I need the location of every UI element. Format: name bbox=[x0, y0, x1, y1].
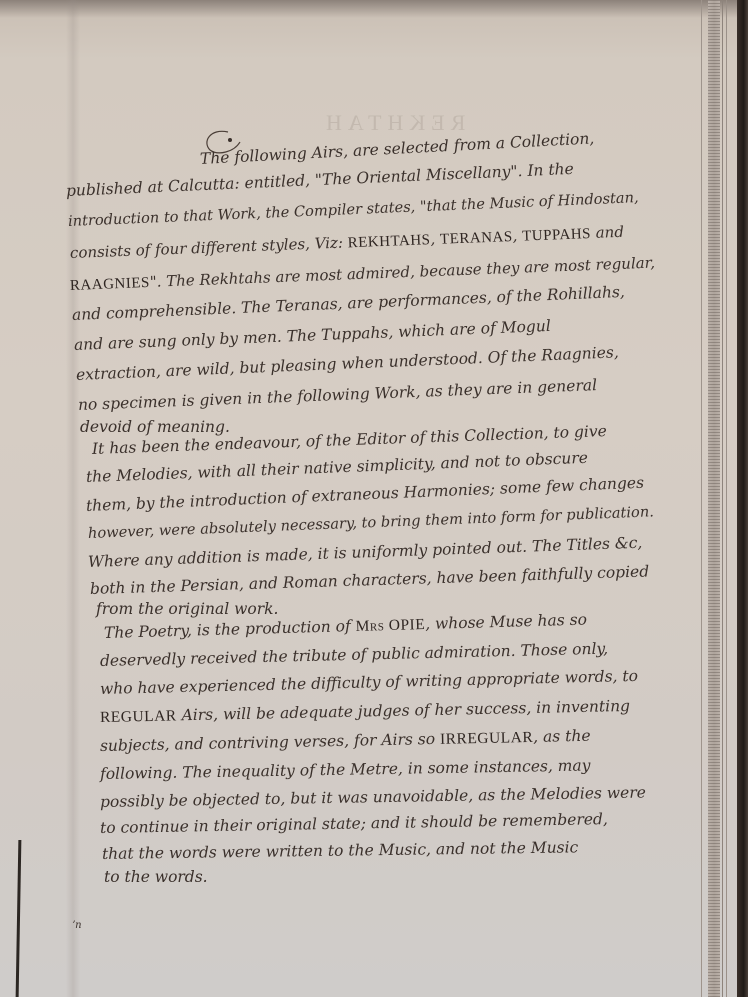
border-rule bbox=[701, 0, 702, 997]
border-stipple bbox=[708, 0, 720, 997]
preface-text: The following Airs, are selected from a … bbox=[0, 0, 700, 997]
term-tuppahs: TUPPAHS bbox=[522, 226, 591, 245]
text-line: to the words. bbox=[104, 868, 208, 886]
text-line: to continue in their original state; and… bbox=[100, 810, 608, 837]
text-line: subjects, and contriving verses, for Air… bbox=[100, 727, 591, 756]
text-line: deservedly received the tribute of publi… bbox=[100, 640, 609, 670]
text-fragment: The Poetry, is the production of bbox=[104, 617, 356, 642]
text-fragment: , whose Muse has so bbox=[425, 611, 587, 634]
text-line: from the original work. bbox=[96, 600, 278, 618]
text-fragment: subjects, and contriving verses, for Air… bbox=[100, 730, 440, 755]
text-line: who have experienced the difficulty of w… bbox=[100, 667, 638, 698]
term-mrs-opie: Mrs OPIE bbox=[355, 616, 425, 635]
stray-ink-mark: ʼn bbox=[72, 920, 82, 931]
text-line: following. The inequality of the Metre, … bbox=[100, 756, 591, 783]
term-rekhtahs: REKHTAHS bbox=[347, 232, 430, 251]
text-fragment: and bbox=[591, 223, 625, 242]
document-page: REKHTAH The following Airs, are selected… bbox=[0, 0, 748, 997]
text-line: no specimen is given in the following Wo… bbox=[78, 376, 598, 414]
border-rule bbox=[722, 0, 723, 997]
term-teranas: TERANAS bbox=[440, 229, 513, 248]
term-regular: REGULAR bbox=[100, 707, 177, 726]
text-fragment: , as the bbox=[533, 727, 591, 746]
border-rule bbox=[726, 0, 727, 997]
term-irregular: IRREGULAR bbox=[440, 729, 534, 748]
text-line: possibly be objected to, but it was unav… bbox=[100, 783, 646, 811]
text-line: that the words were written to the Music… bbox=[102, 838, 578, 863]
text-line: devoid of meaning. bbox=[80, 418, 230, 436]
text-fragment: consists of four different styles, Viz: bbox=[70, 233, 348, 262]
term-raagnies: RAAGNIES bbox=[70, 275, 150, 294]
text-line: REGULAR Airs, will be adequate judges of… bbox=[100, 697, 630, 727]
frame-edge bbox=[737, 0, 748, 997]
text-fragment: Airs, will be adequate judges of her suc… bbox=[176, 697, 630, 724]
